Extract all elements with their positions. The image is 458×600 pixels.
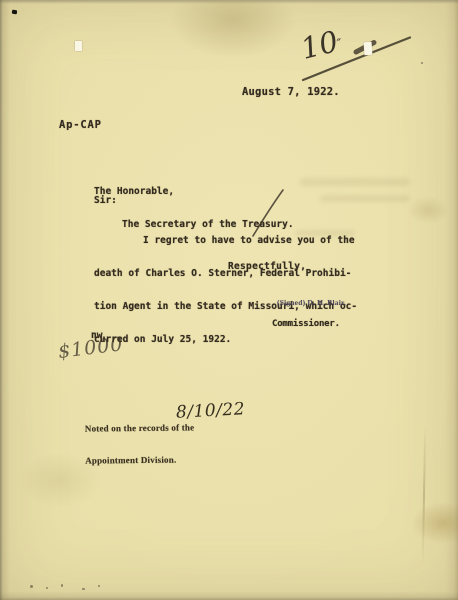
records-stamp-line: Noted on the records of the [85, 422, 195, 434]
bleedthrough-smudge [300, 178, 410, 186]
bleedthrough-smudge [320, 195, 410, 202]
records-stamp-line: Appointment Division. [85, 454, 195, 466]
letter-page: 10 ″ $1000 8/10/22 August 7, 1922. Ap-CA… [0, 0, 458, 600]
pencil-speck [82, 588, 85, 590]
pencil-speck [30, 585, 33, 588]
pencil-speck [46, 587, 48, 589]
signature-stamp: (Signed) D. H. Blair. [277, 298, 346, 307]
ditto-mark: ″ [336, 37, 343, 53]
body-line: I regret to have to advise you of the [94, 235, 357, 246]
handwritten-page-number: 10 [297, 24, 341, 66]
reference-code: Ap-CAP [59, 119, 102, 131]
paper-crease [422, 425, 426, 565]
body-line: death of Charles O. Sterner, Federal Pro… [94, 268, 357, 279]
staple-hole-right [364, 42, 373, 56]
staple-hole-left [75, 41, 82, 51]
corner-speck [12, 10, 18, 15]
pencil-speck [98, 585, 100, 587]
letter-date: August 7, 1922. [242, 86, 340, 98]
body-paragraph: I regret to have to advise you of the de… [94, 213, 357, 367]
signature-title: Commissioner. [272, 319, 340, 329]
paper-dot [421, 62, 423, 64]
salutation: Sir: [94, 195, 117, 206]
closing: Respectfully, [228, 261, 306, 272]
recipient-line: The Honorable, [94, 186, 294, 197]
typist-initials: nw [91, 330, 102, 341]
body-line: curred on July 25, 1922. [94, 334, 357, 345]
pencil-speck [61, 584, 63, 587]
records-stamp: Noted on the records of the Appointment … [85, 401, 195, 486]
